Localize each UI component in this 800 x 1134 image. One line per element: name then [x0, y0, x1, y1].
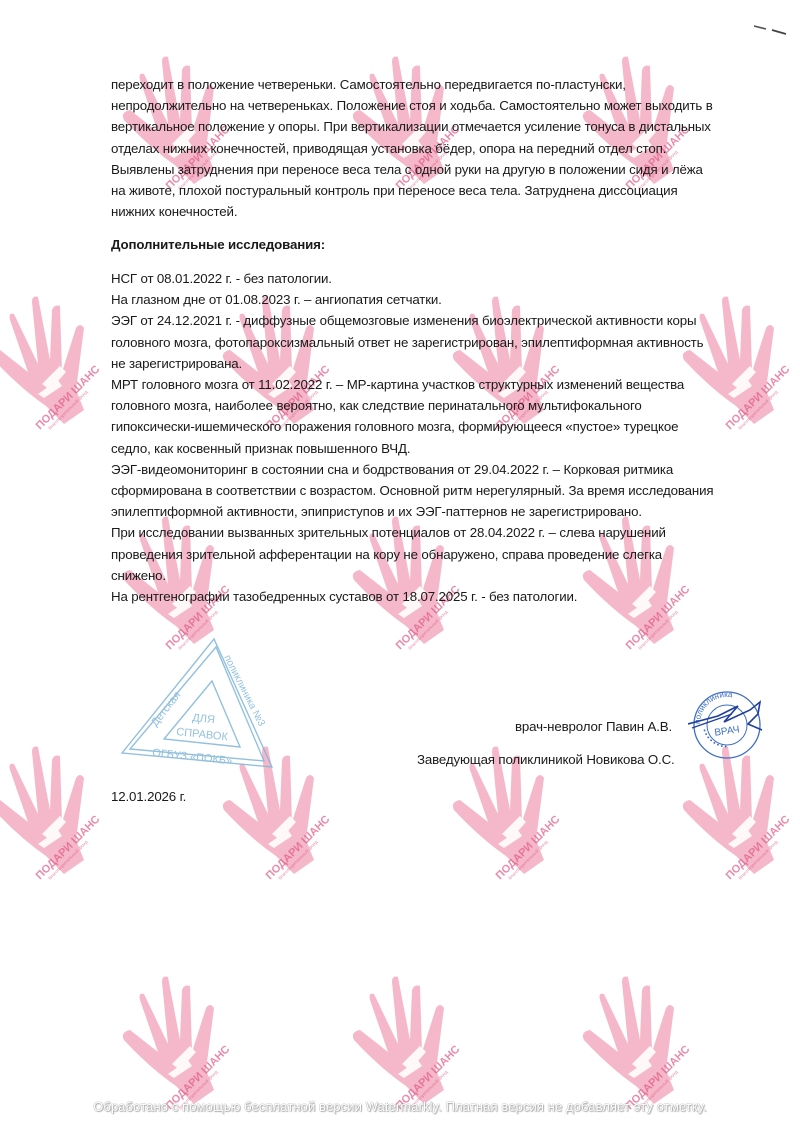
intro-paragraph: переходит в положение четвереньки. Самос…: [111, 74, 751, 222]
svg-text:ПОДАРИ ШАНС: ПОДАРИ ШАНС: [34, 813, 103, 880]
signature-neurologist: врач-невролог Павин А.В.: [515, 719, 672, 734]
study-line: седло, как косвенный признак повышенного…: [111, 438, 751, 459]
study-line: МРТ головного мозга от 11.02.2022 г. – М…: [111, 374, 751, 395]
watermark-hand-icon: ПОДАРИ ШАНС благотворительный фонд: [340, 960, 470, 1110]
scan-artifact: [752, 24, 792, 36]
study-line: При исследовании вызванных зрительных по…: [111, 522, 751, 543]
study-line: ЭЭГ от 24.12.2021 г. - диффузные общемоз…: [111, 310, 751, 331]
study-line: снижено.: [111, 565, 751, 586]
watermark-hand-icon: ПОДАРИ ШАНС благотворительный фонд: [0, 280, 110, 430]
study-line: На рентгенографии тазобедренных суставов…: [111, 586, 751, 607]
svg-text:благотворительный фонд: благотворительный фонд: [276, 838, 318, 880]
stamp-center-1: ДЛЯ: [192, 712, 216, 726]
studies-list: НСГ от 08.01.2022 г. - без патологии. На…: [111, 268, 751, 607]
stamp-text-left: Детская: [149, 689, 184, 729]
triangle-stamp: Детская поликлиника №3 ОГБУЗ «ПОКБ» ДЛЯ …: [112, 635, 280, 775]
svg-text:ПОДАРИ ШАНС: ПОДАРИ ШАНС: [264, 813, 333, 880]
svg-text:благотворительный фонд: благотворительный фонд: [406, 608, 448, 650]
svg-text:ПОДАРИ ШАНС: ПОДАРИ ШАНС: [724, 813, 793, 880]
study-line: сформирована в соответствии с возрастом.…: [111, 480, 751, 501]
study-line: На глазном дне от 01.08.2023 г. – ангиоп…: [111, 289, 751, 310]
study-line: головного мозга, фотопароксизмальный отв…: [111, 332, 751, 353]
document-date: 12.01.2026 г.: [111, 789, 186, 804]
svg-text:благотворительный фонд: благотворительный фонд: [506, 838, 548, 880]
hand-icon: ПОДАРИ ШАНС благотворительный фонд: [0, 280, 110, 430]
text-line: на животе, плохой постуральный контроль …: [111, 180, 751, 201]
svg-text:благотворительный фонд: благотворительный фонд: [736, 838, 778, 880]
watermark-hand-icon: ПОДАРИ ШАНС благотворительный фонд: [0, 730, 110, 880]
study-line: НСГ от 08.01.2022 г. - без патологии.: [111, 268, 751, 289]
hand-icon: ПОДАРИ ШАНС благотворительный фонд: [110, 960, 240, 1110]
hand-icon: ПОДАРИ ШАНС благотворительный фонд: [570, 960, 700, 1110]
round-stamp-center: ВРАЧ: [714, 724, 741, 738]
text-line: переходит в положение четвереньки. Самос…: [111, 74, 751, 95]
stamp-text-bottom: ОГБУЗ «ПОКБ»: [152, 747, 233, 767]
study-line: эпилептиформной активности, эпиприступов…: [111, 501, 751, 522]
text-line: отделах нижних конечностей, приводящая у…: [111, 138, 751, 159]
study-line: проведения зрительной афферентации на ко…: [111, 544, 751, 565]
text-line: вертикальное положение у опоры. При верт…: [111, 116, 751, 137]
text-line: нижних конечностей.: [111, 201, 751, 222]
hand-icon: ПОДАРИ ШАНС благотворительный фонд: [0, 730, 110, 880]
study-line: гипоксически-ишемического поражения голо…: [111, 416, 751, 437]
svg-text:ПОДАРИ ШАНС: ПОДАРИ ШАНС: [494, 813, 563, 880]
watermarkly-notice: Обработано с помощью бесплатной версии W…: [0, 1099, 800, 1114]
hand-icon: ПОДАРИ ШАНС благотворительный фонд: [340, 960, 470, 1110]
svg-text:благотворительный фонд: благотворительный фонд: [46, 838, 88, 880]
svg-text:благотворительный фонд: благотворительный фонд: [636, 608, 678, 650]
section-heading: Дополнительные исследования:: [111, 237, 325, 252]
svg-text:ПОДАРИ ШАНС: ПОДАРИ ШАНС: [34, 363, 103, 430]
study-line: ЭЭГ-видеомониторинг в состоянии сна и бо…: [111, 459, 751, 480]
text-line: непродолжительно на четвереньках. Положе…: [111, 95, 751, 116]
watermark-hand-icon: ПОДАРИ ШАНС благотворительный фонд: [110, 960, 240, 1110]
signature-head: Заведующая поликлиникой Новикова О.С.: [417, 752, 675, 767]
study-line: головного мозга, наиболее вероятно, как …: [111, 395, 751, 416]
text-line: Выявлены затруднения при переносе веса т…: [111, 159, 751, 180]
svg-text:благотворительный фонд: благотворительный фонд: [46, 388, 88, 430]
study-line: не зарегистрирована.: [111, 353, 751, 374]
watermark-hand-icon: ПОДАРИ ШАНС благотворительный фонд: [570, 960, 700, 1110]
doctor-round-stamp: поликлиника • • • • • • • • ВРАЧ: [688, 684, 766, 766]
